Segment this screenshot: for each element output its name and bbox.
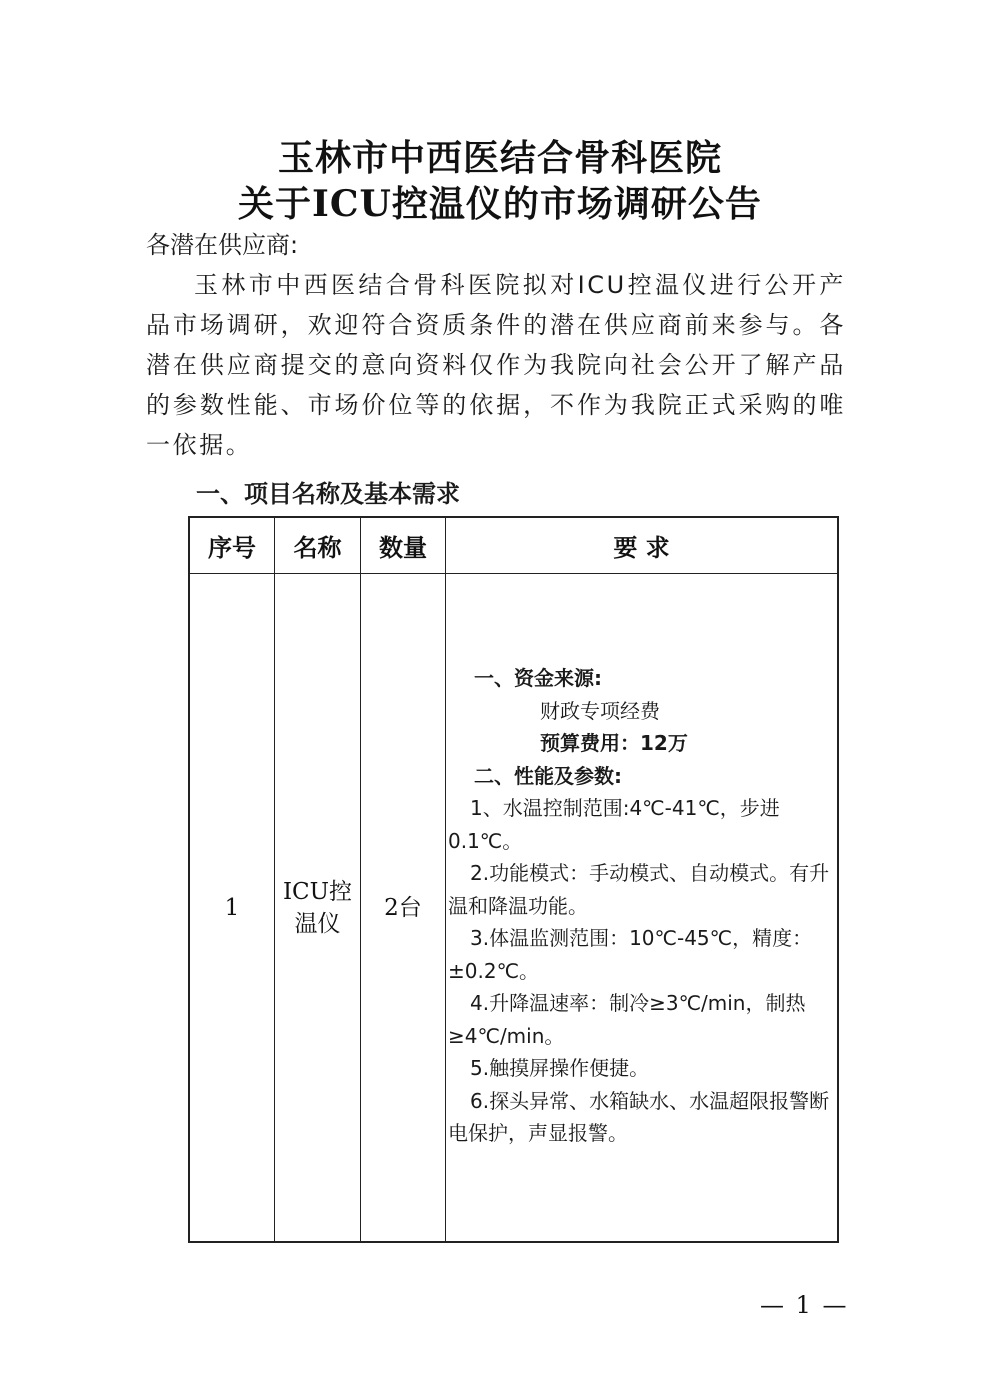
param-item: 2.功能模式：手动模式、自动模式。有升温和降温功能。 <box>448 857 835 922</box>
param-item: 1、水温控制范围:4℃-41℃，步进0.1℃。 <box>448 792 835 857</box>
document-title-line2: 关于ICU控温仪的市场调研公告 <box>0 176 1000 227</box>
params-heading: 二、性能及参数: <box>448 760 835 793</box>
param-item: 5.触摸屏操作便捷。 <box>448 1052 835 1085</box>
funding-heading: 一、资金来源: <box>448 662 835 695</box>
budget: 预算费用：12万 <box>448 727 835 760</box>
param-item: 4.升降温速率：制冷≥3℃/min，制热≥4℃/min。 <box>448 987 835 1052</box>
table-row: 1 ICU控温仪 2台 一、资金来源: 财政专项经费 预算费用：12万 二、性能… <box>189 574 838 1243</box>
header-name: 名称 <box>275 517 361 574</box>
salutation: 各潜在供应商: <box>146 225 846 265</box>
cell-index: 1 <box>189 574 275 1243</box>
funding-source: 财政专项经费 <box>448 695 835 728</box>
cell-quantity: 2台 <box>361 574 446 1243</box>
requirements-table: 序号 名称 数量 要 求 1 ICU控温仪 2台 一、资金来源: 财政专项经费 … <box>188 516 839 1243</box>
requirements-content: 一、资金来源: 财政专项经费 预算费用：12万 二、性能及参数: 1、水温控制范… <box>448 662 835 1150</box>
page-number: — 1 — <box>760 1291 849 1319</box>
param-item: 6.探头异常、水箱缺水、水温超限报警断电保护，声显报警。 <box>448 1085 835 1150</box>
cell-requirements: 一、资金来源: 财政专项经费 预算费用：12万 二、性能及参数: 1、水温控制范… <box>446 574 839 1243</box>
cell-name-text: ICU控温仪 <box>283 876 353 940</box>
document-title-line1: 玉林市中西医结合骨科医院 <box>0 130 1000 181</box>
intro-paragraph: 玉林市中西医结合骨科医院拟对ICU控温仪进行公开产品市场调研，欢迎符合资质条件的… <box>146 265 846 465</box>
table-header-row: 序号 名称 数量 要 求 <box>189 517 838 574</box>
header-index: 序号 <box>189 517 275 574</box>
param-item: 3.体温监测范围：10℃-45℃，精度：±0.2℃。 <box>448 922 835 987</box>
cell-name: ICU控温仪 <box>275 574 361 1243</box>
section-heading-project: 一、项目名称及基本需求 <box>196 474 460 509</box>
header-requirements: 要 求 <box>446 517 839 574</box>
header-quantity: 数量 <box>361 517 446 574</box>
